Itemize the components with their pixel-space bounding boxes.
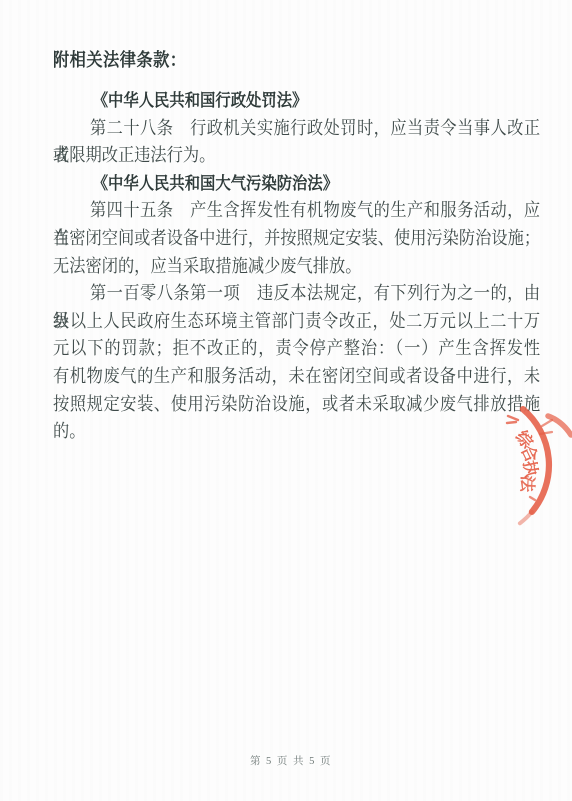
law2-article45-line-1: 第四十五条 产生含挥发性有机物废气的生产和服务活动，应当 — [53, 197, 540, 225]
scanned-document-page: 附相关法律条款： 《中华人民共和国行政处罚法》 第二十八条 行政机关实施行政处罚… — [0, 0, 572, 801]
law2-article45-line-2: 在密闭空间或者设备中进行，并按照规定安装、使用污染防治设施； — [53, 225, 540, 253]
law2-article45-line-3: 无法密闭的，应当采取措施减少废气排放。 — [53, 253, 540, 281]
law2-article108-line-3: 元以下的罚款；拒不改正的，责令停产整治：（一）产生含挥发性 — [53, 335, 540, 363]
stamp-character-4: 法 — [517, 475, 538, 493]
law2-article108-line-6: 的。 — [53, 418, 540, 446]
seal-partial-glyph-bottom — [530, 497, 535, 500]
law1-article28-line-1: 第二十八条 行政机关实施行政处罚时，应当责令当事人改正或 — [53, 115, 540, 143]
document-body: 附相关法律条款： 《中华人民共和国行政处罚法》 第二十八条 行政机关实施行政处罚… — [53, 48, 572, 446]
law2-article108-line-2: 级以上人民政府生态环境主管部门责令改正，处二万元以上二十万 — [53, 308, 540, 336]
page-number-footer: 第 5 页 共 5 页 — [0, 753, 572, 768]
seal-rim-tail — [520, 512, 532, 523]
stamp-character-3: 执 — [519, 459, 542, 480]
law2-article108-line-4: 有机物废气的生产和服务活动，未在密闭空间或者设备中进行，未 — [53, 363, 540, 391]
attachment-heading: 附相关法律条款： — [53, 48, 540, 72]
law1-article28-line-2: 者限期改正违法行为。 — [53, 142, 540, 170]
law2-article108-line-1: 第一百零八条第一项 违反本法规定，有下列行为之一的，由县 — [53, 280, 540, 308]
law1-title: 《中华人民共和国行政处罚法》 — [53, 87, 572, 115]
law2-article108-line-5: 按照规定安装、使用污染防治设施，或者未采取减少废气排放措施 — [53, 391, 540, 419]
law2-title: 《中华人民共和国大气污染防治法》 — [53, 170, 572, 198]
